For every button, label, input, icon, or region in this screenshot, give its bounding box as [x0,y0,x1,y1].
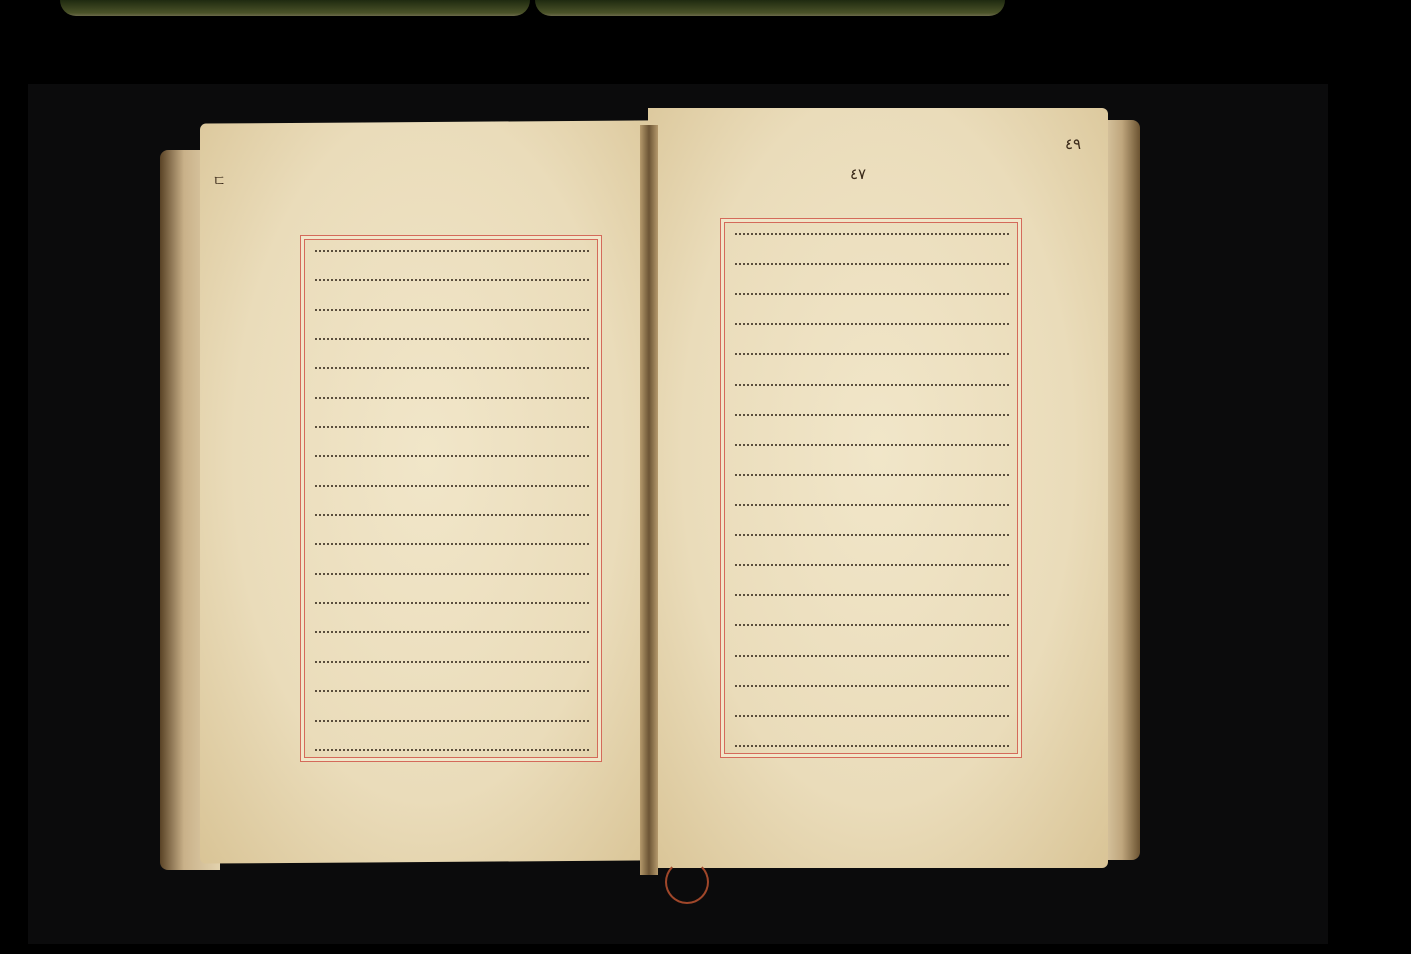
text-line [315,481,589,487]
text-line [735,289,1009,295]
text-line [735,470,1009,476]
text-line [735,380,1009,386]
text-line [315,451,589,457]
text-line [315,305,589,311]
manuscript-book: ٤٧ ٤٩ ㄷ [160,100,1170,895]
text-line [735,259,1009,265]
left-text-block [315,246,589,751]
left-text-frame [300,235,602,762]
text-line [315,569,589,575]
text-line [735,681,1009,687]
text-line [735,711,1009,717]
text-line [315,363,589,369]
binding-gutter [640,125,658,875]
text-line [735,349,1009,355]
text-line [315,422,589,428]
text-line [315,393,589,399]
text-line [735,741,1009,747]
text-line [735,560,1009,566]
text-line [315,510,589,516]
text-line [315,627,589,633]
text-line [315,334,589,340]
right-page-top-number: ٤٧ [850,165,866,183]
text-line [315,246,589,252]
text-line [735,500,1009,506]
text-line [735,590,1009,596]
text-line [735,410,1009,416]
text-line [735,319,1009,325]
text-line [735,620,1009,626]
text-line [315,716,589,722]
text-line [315,657,589,663]
text-line [735,530,1009,536]
text-line [315,539,589,545]
left-page-corner-mark: ㄷ [212,170,227,191]
text-line [735,651,1009,657]
right-text-block [735,229,1009,747]
right-page-corner-number: ٤٩ [1065,135,1081,153]
text-line [735,229,1009,235]
text-line [315,598,589,604]
right-text-frame [720,218,1022,758]
film-edge-right [535,0,1005,16]
text-line [735,440,1009,446]
text-line [315,275,589,281]
film-edge-left [60,0,530,16]
binding-thread [665,860,709,904]
text-line [315,686,589,692]
text-line [315,745,589,751]
film-strip-edge [60,0,1140,16]
